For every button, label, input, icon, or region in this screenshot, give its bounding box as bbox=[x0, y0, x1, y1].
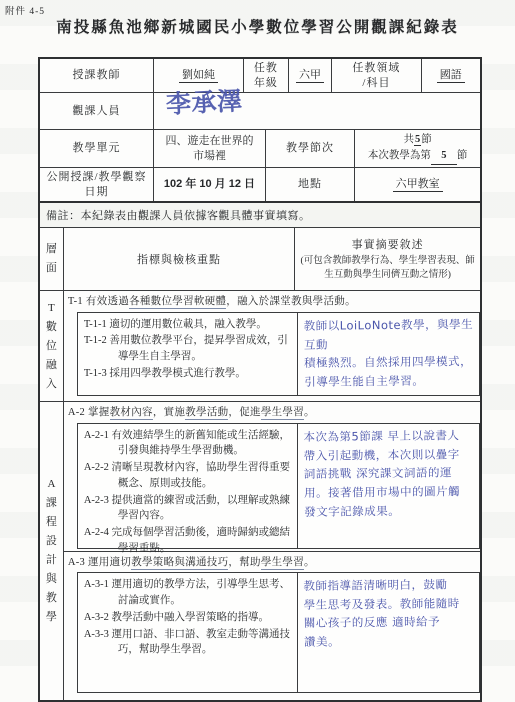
column-header-summary: 事實摘要敘述 (可包含教師教學行為、學生學習表現、師生互動與學生同儕互動之情形) bbox=[295, 228, 480, 290]
teacher-label: 授課教師 bbox=[40, 59, 153, 92]
date-label: 公開授課/教學觀察 日期 bbox=[40, 168, 153, 201]
indicator-t1-items: T-1-1 適切的運用數位載具，融入教學。 T-1-2 善用數位教學平台，提昇學… bbox=[78, 313, 298, 395]
subject-value: 國語 bbox=[421, 59, 480, 92]
location-value: 六甲教室 bbox=[354, 168, 480, 201]
summary-title: 事實摘要敘述 bbox=[352, 236, 424, 252]
subject-label: 任教領域 /科目 bbox=[331, 59, 420, 92]
indicator-a2-header: A-2 掌握教材內容，實施教學活動，促進學生學習。 bbox=[64, 402, 480, 423]
grade-value: 六甲 bbox=[288, 59, 332, 92]
indicator-t1-box: T-1-1 適切的運用數位載具，融入教學。 T-1-2 善用數位教學平台，提昇學… bbox=[77, 312, 480, 396]
indicator-item: A-2-1 有效連結學生的新舊知能或生活經驗，引發與維持學生學習動機。 bbox=[84, 428, 293, 460]
indicator-item: T-1-3 採用四學教學模式進行教學。 bbox=[84, 366, 293, 382]
layer-label-a: A 課 程 設 計 與 教 學 bbox=[40, 402, 64, 700]
note-row: 備註：本紀錄表由觀課人員依據客觀具體事實填寫。 bbox=[40, 203, 480, 227]
unit-value: 四、遊走在世界的 市場裡 bbox=[153, 130, 265, 167]
indicator-a3-box: A-3-1 運用適切的教學方法，引導學生思考、討論或實作。 A-3-2 教學活動… bbox=[77, 572, 480, 693]
session-label: 教學節次 bbox=[265, 130, 354, 167]
indicator-item: T-1-2 善用數位教學平台，提昇學習成效，引導學生自主學習。 bbox=[84, 333, 293, 365]
indicator-item: A-2-2 清晰呈現教材內容，協助學生習得重要概念、原則或技能。 bbox=[84, 460, 293, 492]
table-row: 公開授課/教學觀察 日期 102 年 10 月 12 日 地點 六甲教室 bbox=[40, 167, 480, 201]
table-row: 觀課人員 李承澤 bbox=[40, 92, 480, 129]
indicator-item: A-2-4 完成每個學習活動後，適時歸納或總結學習重點。 bbox=[84, 525, 293, 557]
handwritten-comment-a3: 教師指導語清晰明白，鼓勵 學生思考及發表。教師能隨時 關心孩子的反應 適時給予 … bbox=[297, 572, 479, 693]
section-a-curriculum-design: A 課 程 設 計 與 教 學 A-2 掌握教材內容，實施教學活動，促進學生學習… bbox=[40, 401, 480, 700]
indicator-t1-header: T-1 有效透過各種數位學習軟硬體，融入於課堂教與學活動。 bbox=[64, 291, 480, 312]
location-label: 地點 bbox=[265, 168, 354, 201]
handwritten-comment-a2: 本次為第5節課 早上以說書人 帶入引起動機，本次則以疊字 詞語挑戰 深究課文詞語… bbox=[297, 423, 479, 549]
section-a-content: A-2 掌握教材內容，實施教學活動，促進學生學習。 A-2-1 有效連結學生的新… bbox=[64, 402, 480, 700]
indicator-a2-items: A-2-1 有效連結學生的新舊知能或生活經驗，引發與維持學生學習動機。 A-2-… bbox=[78, 424, 298, 548]
indicator-item: A-3-1 運用適切的教學方法，引導學生思考、討論或實作。 bbox=[84, 577, 293, 609]
record-table: 備註：本紀錄表由觀課人員依據客觀具體事實填寫。 層 面 指標與檢核重點 事實摘要… bbox=[38, 201, 482, 702]
layer-label-t: T 數 位 融 入 bbox=[40, 291, 64, 401]
indicator-item: T-1-1 適切的運用數位載具，融入教學。 bbox=[84, 317, 293, 333]
column-header-layer: 層 面 bbox=[40, 228, 64, 290]
indicator-item: A-3-2 教學活動中融入學習策略的指導。 bbox=[84, 610, 293, 626]
grade-label: 任教 年級 bbox=[243, 59, 288, 92]
section-t-content: T-1 有效透過各種數位學習軟硬體，融入於課堂教與學活動。 T-1-1 適切的運… bbox=[64, 291, 480, 401]
observer-signature: 李承澤 bbox=[165, 85, 243, 121]
indicator-a3-items: A-3-1 運用適切的教學方法，引導學生思考、討論或實作。 A-3-2 教學活動… bbox=[78, 573, 298, 692]
indicator-item: A-3-3 運用口語、非口語、教室走動等溝通技巧，幫助學生學習。 bbox=[84, 627, 293, 659]
page-title: 南投縣魚池鄉新城國民小學數位學習公開觀課紀錄表 bbox=[0, 15, 515, 37]
table-row: 授課教師 劉如純 任教 年級 六甲 任教領域 /科目 國語 bbox=[40, 59, 480, 92]
observer-label: 觀課人員 bbox=[40, 93, 153, 129]
observer-signature-cell: 李承澤 bbox=[153, 93, 480, 129]
summary-note: (可包含教師教學行為、學生學習表現、師生互動與學生同儕互動之情形) bbox=[299, 254, 476, 283]
session-value: 共5節 本次教學為第5節 bbox=[354, 130, 480, 167]
section-t-digital-integration: T 數 位 融 入 T-1 有效透過各種數位學習軟硬體，融入於課堂教與學活動。 … bbox=[40, 290, 480, 401]
record-header-row: 層 面 指標與檢核重點 事實摘要敘述 (可包含教師教學行為、學生學習表現、師生互… bbox=[40, 227, 480, 290]
session-text: 共5節 本次教學為第5節 bbox=[368, 132, 468, 165]
indicator-item: A-2-3 提供適當的練習或活動，以理解或熟練學習內容。 bbox=[84, 493, 293, 525]
date-value: 102 年 10 月 12 日 bbox=[153, 168, 265, 201]
column-header-indicator: 指標與檢核重點 bbox=[64, 228, 295, 290]
info-table: 授課教師 劉如純 任教 年級 六甲 任教領域 /科目 國語 觀課人員 李承澤 教… bbox=[38, 57, 482, 203]
handwritten-comment-t1: 教師以LoiLoNote教學，與學生互動 積極熱烈。自然採用四學模式， 引導學生… bbox=[297, 312, 479, 396]
table-row: 教學單元 四、遊走在世界的 市場裡 教學節次 共5節 本次教學為第5節 bbox=[40, 129, 480, 167]
unit-label: 教學單元 bbox=[40, 130, 153, 167]
indicator-a2-box: A-2-1 有效連結學生的新舊知能或生活經驗，引發與維持學生學習動機。 A-2-… bbox=[77, 423, 480, 549]
